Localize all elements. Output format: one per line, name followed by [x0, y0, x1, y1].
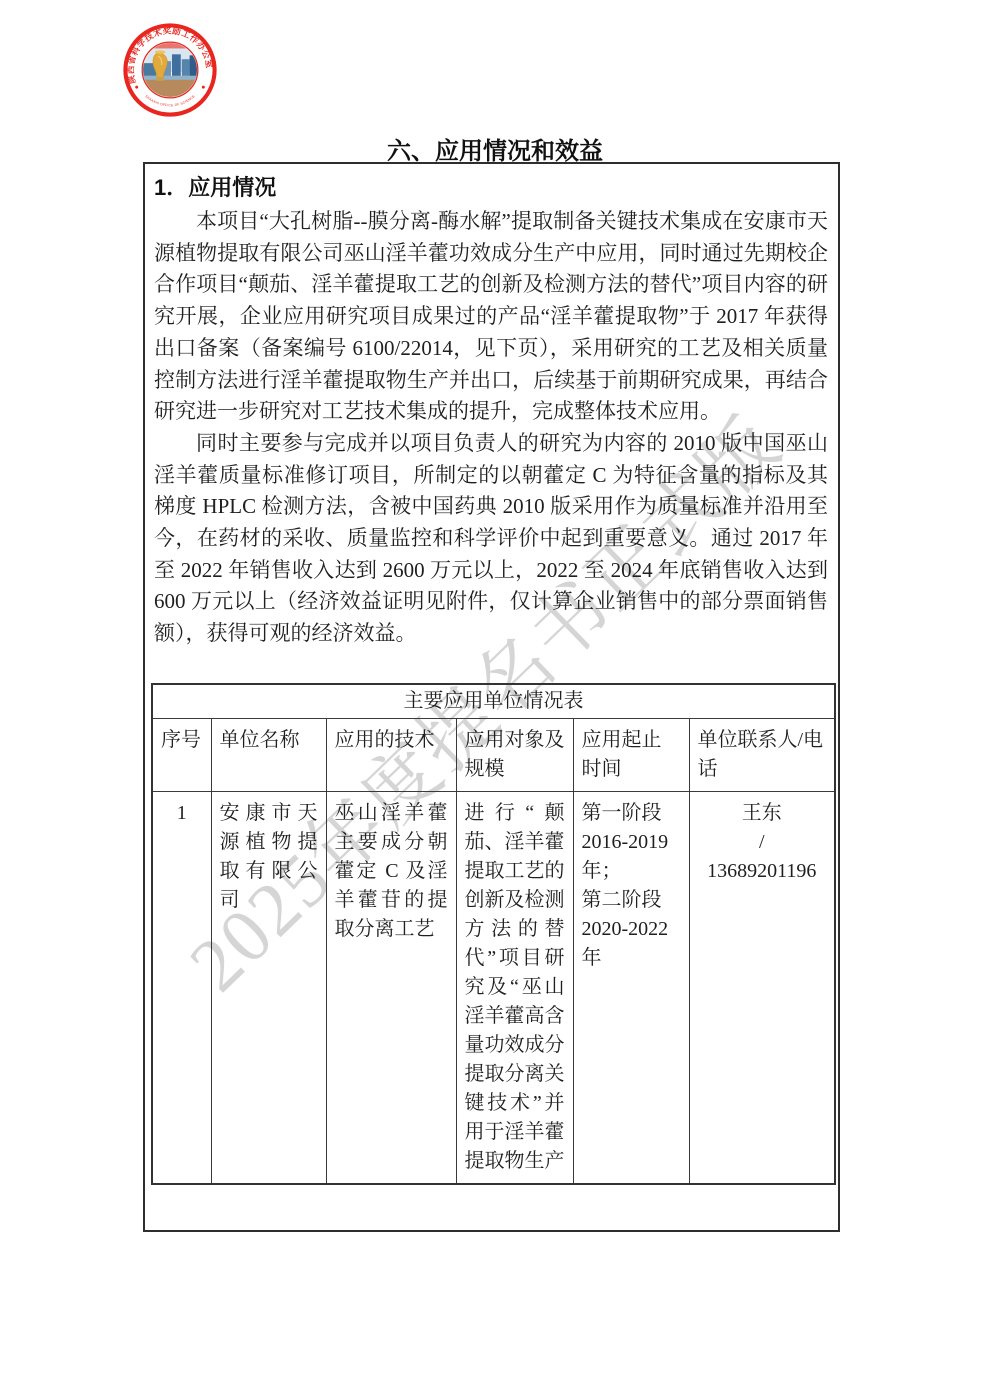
table-header-applied-technology: 应用的技术: [326, 718, 456, 791]
table-header-index: 序号: [152, 718, 211, 791]
official-seal: 陕西省科学技术奖励工作办公室 SHAANXI OFFICE OF SCIENCE…: [121, 21, 219, 119]
section-border-box: 1．应用情况 本项目“大孔树脂--膜分离-酶水解”提取制备关键技术集成在安康市天…: [143, 162, 840, 1232]
paragraph-application-2: 同时主要参与完成并以项目负责人的研究为内容的 2010 版中国巫山淫羊藿质量标准…: [154, 428, 828, 650]
table-cell-application-period: 第一阶段 2016-2019 年； 第二阶段 2020-2022 年: [573, 791, 689, 1184]
table-cell-application-scope: 进行“颠茄、淫羊藿提取工艺的创新及检测方法的替代”项目研究及“巫山淫羊藿高含量功…: [456, 791, 573, 1184]
table-header-application-scope: 应用对象及规模: [456, 718, 573, 791]
document-page: 2025年度提名书正式版: [0, 0, 990, 1399]
application-units-table: 主要应用单位情况表 序号 单位名称 应用的技术 应用对象及规模 应用起止时间 单…: [151, 683, 836, 1185]
seal-emblem-image: [143, 43, 198, 98]
seal-graphic: 陕西省科学技术奖励工作办公室 SHAANXI OFFICE OF SCIENCE…: [121, 21, 219, 119]
table-cell-applied-technology: 巫山淫羊藿主要成分朝藿定 C 及淫羊藿苷的提取分离工艺: [326, 791, 456, 1184]
table-cell-unit-name: 安康市天源植物提取有限公司: [211, 791, 326, 1184]
table-row: 1 安康市天源植物提取有限公司 巫山淫羊藿主要成分朝藿定 C 及淫羊藿苷的提取分…: [152, 791, 835, 1184]
document-content: 六、应用情况和效益 1．应用情况 本项目“大孔树脂--膜分离-酶水解”提取制备关…: [0, 0, 990, 1399]
table-title: 主要应用单位情况表: [152, 684, 835, 719]
seal-divider-dot-right: [202, 86, 205, 89]
table-header-unit-name: 单位名称: [211, 718, 326, 791]
seal-divider-dot-left: [135, 86, 138, 89]
subsection-heading: 1．应用情况: [154, 171, 838, 202]
table-title-row: 主要应用单位情况表: [152, 684, 835, 719]
table-cell-contact-phone: 王东 / 13689201196: [689, 791, 835, 1184]
paragraph-application-1: 本项目“大孔树脂--膜分离-酶水解”提取制备关键技术集成在安康市天源植物提取有限…: [154, 206, 828, 428]
table-header-row: 序号 单位名称 应用的技术 应用对象及规模 应用起止时间 单位联系人/电话: [152, 718, 835, 791]
section-title: 六、应用情况和效益: [0, 131, 990, 166]
table-header-contact-phone: 单位联系人/电话: [689, 718, 835, 791]
table-cell-index: 1: [152, 791, 211, 1184]
table-header-application-period: 应用起止时间: [573, 718, 689, 791]
